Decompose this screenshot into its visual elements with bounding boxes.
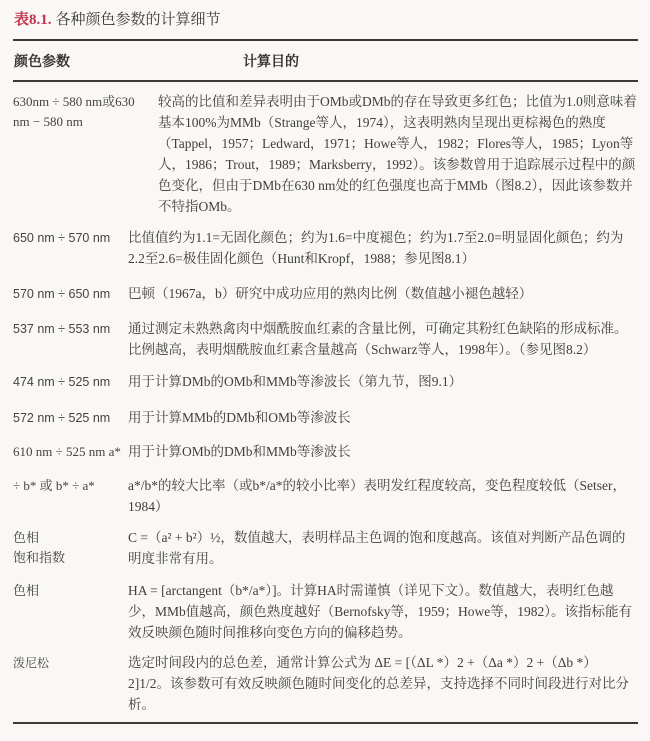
table-row: ÷ b* 或 b* ÷ a* a*/b*的较大比率（或b*/a*的较小比率）表明… — [13, 475, 638, 517]
param-cell: 色相 — [13, 580, 128, 601]
purpose-cell: 较高的比值和差异表明由于OMb或DMb的存在导致更多红色；比值为1.0则意味着基… — [158, 91, 638, 217]
table-row: 610 nm ÷ 525 nm a* 用于计算OMb的DMb和MMb等渗波长 — [13, 441, 638, 462]
table-number-label: 表8.1. — [14, 12, 52, 28]
param-cell: 色相 饱和指数 — [13, 527, 128, 568]
column-header-purpose: 计算目的 — [243, 51, 638, 71]
param-cell: 650 nm ÷ 570 nm — [13, 227, 128, 248]
param-cell: ÷ b* 或 b* ÷ a* — [13, 475, 128, 496]
table-row: 650 nm ÷ 570 nm 比值值约为1.1=无固化颜色；约为1.6=中度褪… — [13, 227, 638, 269]
table-row: 色相 HA = [arctangent（b*/a*）]。计算HA时需谨慎（详见下… — [13, 580, 638, 643]
table-row: 570 nm ÷ 650 nm 巴顿（1967a，b）研究中成功应用的熟肉比例（… — [13, 283, 638, 304]
param-cell: 570 nm ÷ 650 nm — [13, 283, 128, 304]
purpose-cell: 通过测定未熟熟禽肉中烟酰胺血红素的含量比例，可确定其粉红色缺陷的形成标准。比例越… — [128, 318, 638, 360]
table-row: 泼尼松 选定时间段内的总色差，通常计算公式为 ΔE = [（ΔL *）2 +（Δ… — [13, 652, 638, 715]
table-title: 各种颜色参数的计算细节 — [56, 12, 221, 28]
param-cell: 537 nm ÷ 553 nm — [13, 318, 128, 339]
table-row: 474 nm ÷ 525 nm 用于计算DMb的OMb和MMb等渗波长（第九节，… — [13, 371, 638, 392]
table-header-row: 颜色参数 计算目的 — [13, 41, 638, 80]
column-header-param: 颜色参数 — [14, 51, 243, 71]
table-row: 572 nm ÷ 525 nm 用于计算MMb的DMb和OMb等渗波长 — [13, 407, 638, 428]
table-row: 537 nm ÷ 553 nm 通过测定未熟熟禽肉中烟酰胺血红素的含量比例，可确… — [13, 318, 638, 360]
purpose-cell: 用于计算OMb的DMb和MMb等渗波长 — [128, 441, 638, 462]
purpose-cell: 选定时间段内的总色差，通常计算公式为 ΔE = [（ΔL *）2 +（Δa *）… — [128, 652, 638, 715]
purpose-cell: 比值值约为1.1=无固化颜色；约为1.6=中度褪色；约为1.7至2.0=明显固化… — [128, 227, 638, 269]
param-cell: 泼尼松 — [13, 652, 128, 673]
purpose-cell: 用于计算MMb的DMb和OMb等渗波长 — [128, 407, 638, 428]
table-body: 630nm ÷ 580 nm或630 nm − 580 nm 较高的比值和差异表… — [13, 82, 638, 715]
param-cell: 572 nm ÷ 525 nm — [13, 407, 128, 428]
purpose-cell: HA = [arctangent（b*/a*）]。计算HA时需谨慎（详见下文）。… — [128, 580, 638, 643]
table-row: 630nm ÷ 580 nm或630 nm − 580 nm 较高的比值和差异表… — [13, 91, 638, 217]
purpose-cell: a*/b*的较大比率（或b*/a*的较小比率）表明发红程度较高，变色程度较低（S… — [128, 475, 638, 517]
purpose-cell: 巴顿（1967a，b）研究中成功应用的熟肉比例（数值越小褪色越轻） — [128, 283, 638, 304]
param-cell: 610 nm ÷ 525 nm a* — [13, 441, 128, 462]
table-row: 色相 饱和指数 C =（a² + b²）½，数值越大，表明样品主色调的饱和度越高… — [13, 527, 638, 569]
bottom-rule — [13, 722, 638, 724]
document-page: 表8.1.各种颜色参数的计算细节 颜色参数 计算目的 630nm ÷ 580 n… — [0, 0, 650, 741]
purpose-cell: 用于计算DMb的OMb和MMb等渗波长（第九节，图9.1） — [128, 371, 638, 392]
param-cell: 630nm ÷ 580 nm或630 nm − 580 nm — [13, 91, 158, 132]
table-caption: 表8.1.各种颜色参数的计算细节 — [14, 10, 638, 30]
purpose-cell: C =（a² + b²）½，数值越大，表明样品主色调的饱和度越高。该值对判断产品… — [128, 527, 638, 569]
param-cell: 474 nm ÷ 525 nm — [13, 371, 128, 392]
